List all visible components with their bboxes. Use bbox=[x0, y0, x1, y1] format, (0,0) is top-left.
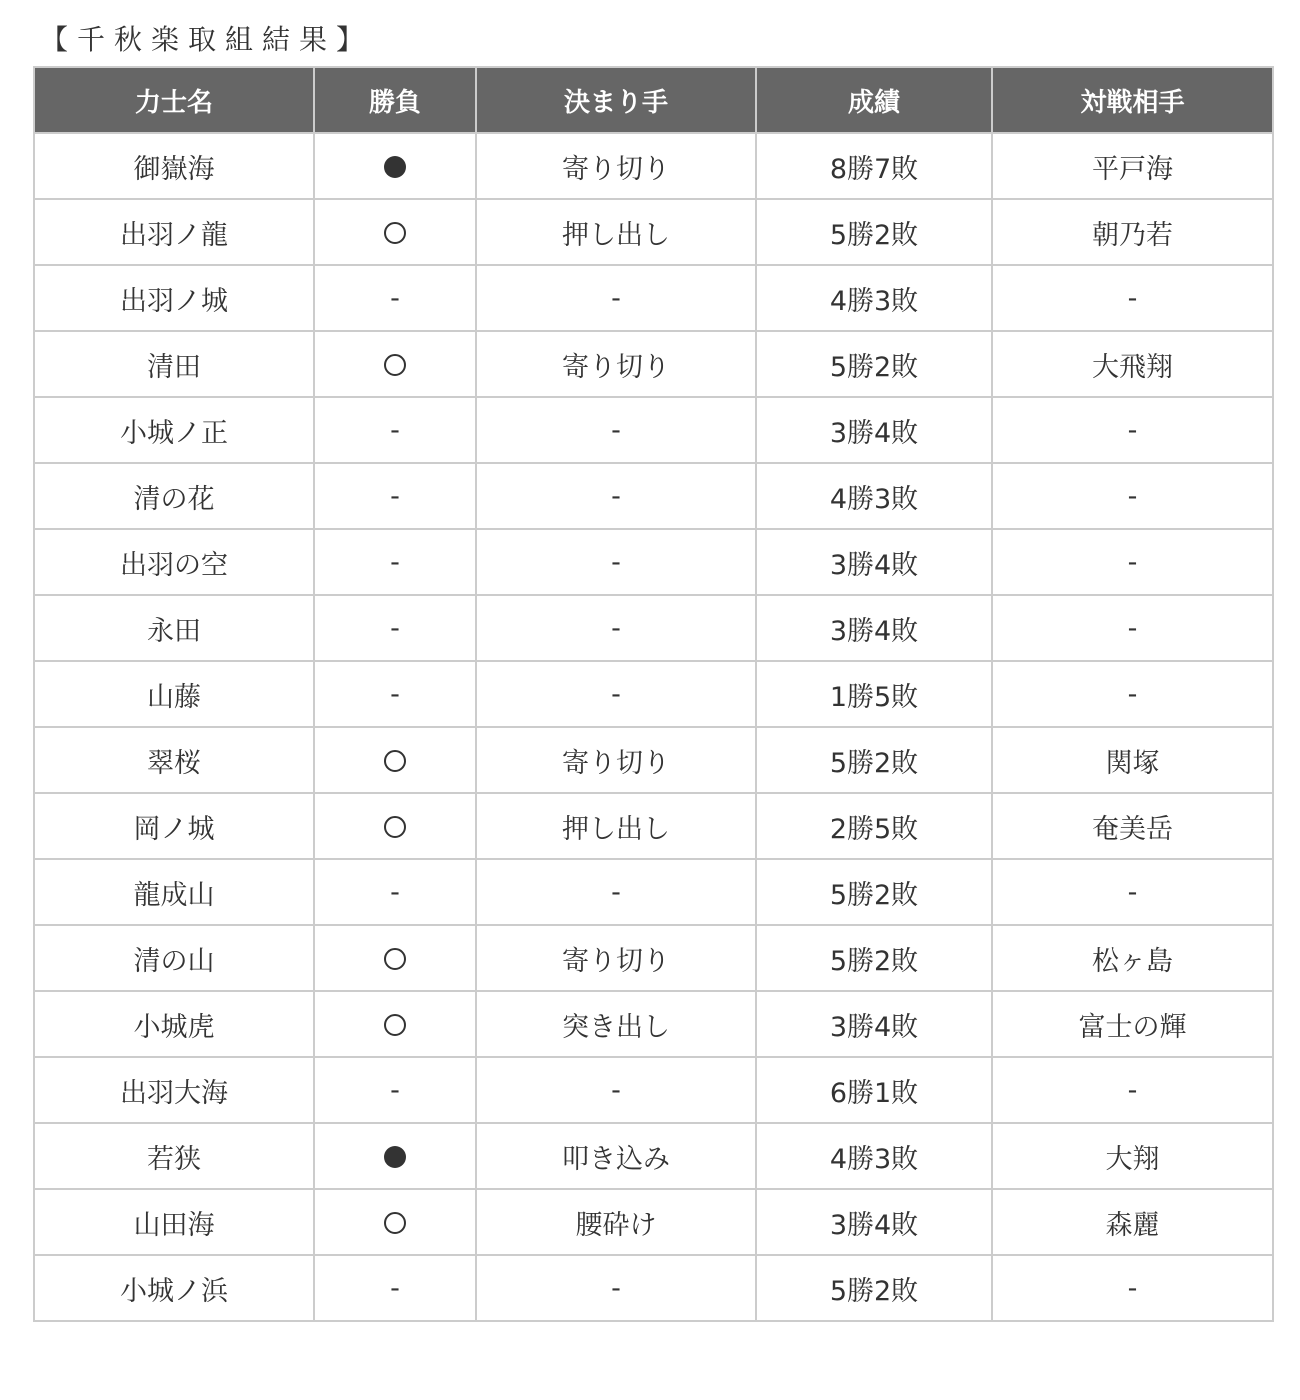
opponent-cell: - bbox=[992, 265, 1273, 331]
opponent-cell: 大飛翔 bbox=[992, 331, 1273, 397]
header-result: 勝負 bbox=[314, 67, 476, 133]
opponent-cell: 奄美岳 bbox=[992, 793, 1273, 859]
table-header-row: 力士名 勝負 決まり手 成績 対戦相手 bbox=[34, 67, 1273, 133]
result-cell bbox=[314, 991, 476, 1057]
kimarite-cell: - bbox=[476, 859, 756, 925]
page-title: 【千秋楽取組結果】 bbox=[40, 20, 373, 60]
result-cell bbox=[314, 727, 476, 793]
result-cell: - bbox=[314, 265, 476, 331]
opponent-cell: - bbox=[992, 661, 1273, 727]
no-bout-mark: - bbox=[390, 613, 400, 644]
record-cell: 3勝4敗 bbox=[756, 397, 992, 463]
result-cell: - bbox=[314, 661, 476, 727]
rikishi-name-cell: 小城ノ浜 bbox=[34, 1255, 314, 1321]
record-cell: 5勝2敗 bbox=[756, 727, 992, 793]
kimarite-cell: 寄り切り bbox=[476, 133, 756, 199]
opponent-cell: 松ヶ島 bbox=[992, 925, 1273, 991]
rikishi-name-cell: 御嶽海 bbox=[34, 133, 314, 199]
table-row: 出羽ノ龍押し出し5勝2敗朝乃若 bbox=[34, 199, 1273, 265]
no-bout-mark: - bbox=[390, 877, 400, 908]
results-table: 力士名 勝負 決まり手 成績 対戦相手 御嶽海寄り切り8勝7敗平戸海出羽ノ龍押し… bbox=[33, 66, 1274, 1322]
header-record: 成績 bbox=[756, 67, 992, 133]
win-mark-icon bbox=[384, 354, 406, 376]
header-rikishi-name: 力士名 bbox=[34, 67, 314, 133]
record-cell: 8勝7敗 bbox=[756, 133, 992, 199]
result-cell bbox=[314, 1189, 476, 1255]
record-cell: 4勝3敗 bbox=[756, 463, 992, 529]
opponent-cell: - bbox=[992, 463, 1273, 529]
win-mark-icon bbox=[384, 816, 406, 838]
record-cell: 3勝4敗 bbox=[756, 1189, 992, 1255]
record-cell: 2勝5敗 bbox=[756, 793, 992, 859]
table-row: 龍成山--5勝2敗- bbox=[34, 859, 1273, 925]
kimarite-cell: - bbox=[476, 463, 756, 529]
table-row: 翠桜寄り切り5勝2敗関塚 bbox=[34, 727, 1273, 793]
record-cell: 3勝4敗 bbox=[756, 595, 992, 661]
rikishi-name-cell: 小城虎 bbox=[34, 991, 314, 1057]
record-cell: 5勝2敗 bbox=[756, 859, 992, 925]
table-row: 出羽の空--3勝4敗- bbox=[34, 529, 1273, 595]
table-row: 若狭叩き込み4勝3敗大翔 bbox=[34, 1123, 1273, 1189]
opponent-cell: - bbox=[992, 397, 1273, 463]
table-row: 出羽ノ城--4勝3敗- bbox=[34, 265, 1273, 331]
opponent-cell: - bbox=[992, 529, 1273, 595]
kimarite-cell: 寄り切り bbox=[476, 925, 756, 991]
loss-mark-icon bbox=[384, 156, 406, 178]
result-cell bbox=[314, 133, 476, 199]
kimarite-cell: 突き出し bbox=[476, 991, 756, 1057]
opponent-cell: - bbox=[992, 1255, 1273, 1321]
table-row: 清の花--4勝3敗- bbox=[34, 463, 1273, 529]
result-cell: - bbox=[314, 397, 476, 463]
table-row: 御嶽海寄り切り8勝7敗平戸海 bbox=[34, 133, 1273, 199]
table-body: 御嶽海寄り切り8勝7敗平戸海出羽ノ龍押し出し5勝2敗朝乃若出羽ノ城--4勝3敗-… bbox=[34, 133, 1273, 1321]
table-row: 岡ノ城押し出し2勝5敗奄美岳 bbox=[34, 793, 1273, 859]
result-cell bbox=[314, 331, 476, 397]
table-row: 清田寄り切り5勝2敗大飛翔 bbox=[34, 331, 1273, 397]
win-mark-icon bbox=[384, 1212, 406, 1234]
result-cell bbox=[314, 925, 476, 991]
no-bout-mark: - bbox=[390, 679, 400, 710]
kimarite-cell: 腰砕け bbox=[476, 1189, 756, 1255]
table-row: 出羽大海--6勝1敗- bbox=[34, 1057, 1273, 1123]
table-row: 清の山寄り切り5勝2敗松ヶ島 bbox=[34, 925, 1273, 991]
table-row: 小城ノ浜--5勝2敗- bbox=[34, 1255, 1273, 1321]
rikishi-name-cell: 小城ノ正 bbox=[34, 397, 314, 463]
result-cell: - bbox=[314, 529, 476, 595]
kimarite-cell: - bbox=[476, 265, 756, 331]
no-bout-mark: - bbox=[390, 547, 400, 578]
table-row: 山藤--1勝5敗- bbox=[34, 661, 1273, 727]
kimarite-cell: 押し出し bbox=[476, 199, 756, 265]
win-mark-icon bbox=[384, 222, 406, 244]
opponent-cell: 朝乃若 bbox=[992, 199, 1273, 265]
table-row: 小城ノ正--3勝4敗- bbox=[34, 397, 1273, 463]
rikishi-name-cell: 出羽大海 bbox=[34, 1057, 314, 1123]
result-cell bbox=[314, 1123, 476, 1189]
kimarite-cell: 叩き込み bbox=[476, 1123, 756, 1189]
result-cell: - bbox=[314, 859, 476, 925]
table-row: 小城虎突き出し3勝4敗富士の輝 bbox=[34, 991, 1273, 1057]
opponent-cell: - bbox=[992, 595, 1273, 661]
kimarite-cell: 押し出し bbox=[476, 793, 756, 859]
rikishi-name-cell: 永田 bbox=[34, 595, 314, 661]
opponent-cell: 平戸海 bbox=[992, 133, 1273, 199]
rikishi-name-cell: 出羽ノ龍 bbox=[34, 199, 314, 265]
header-opponent: 対戦相手 bbox=[992, 67, 1273, 133]
no-bout-mark: - bbox=[390, 1273, 400, 1304]
kimarite-cell: - bbox=[476, 397, 756, 463]
record-cell: 5勝2敗 bbox=[756, 1255, 992, 1321]
opponent-cell: 富士の輝 bbox=[992, 991, 1273, 1057]
result-cell: - bbox=[314, 1255, 476, 1321]
win-mark-icon bbox=[384, 750, 406, 772]
result-cell: - bbox=[314, 1057, 476, 1123]
rikishi-name-cell: 出羽の空 bbox=[34, 529, 314, 595]
rikishi-name-cell: 山藤 bbox=[34, 661, 314, 727]
table-row: 山田海腰砕け3勝4敗森麗 bbox=[34, 1189, 1273, 1255]
kimarite-cell: 寄り切り bbox=[476, 727, 756, 793]
rikishi-name-cell: 龍成山 bbox=[34, 859, 314, 925]
loss-mark-icon bbox=[384, 1146, 406, 1168]
win-mark-icon bbox=[384, 948, 406, 970]
kimarite-cell: - bbox=[476, 661, 756, 727]
opponent-cell: 森麗 bbox=[992, 1189, 1273, 1255]
rikishi-name-cell: 若狭 bbox=[34, 1123, 314, 1189]
kimarite-cell: - bbox=[476, 529, 756, 595]
rikishi-name-cell: 山田海 bbox=[34, 1189, 314, 1255]
opponent-cell: 大翔 bbox=[992, 1123, 1273, 1189]
result-cell bbox=[314, 199, 476, 265]
rikishi-name-cell: 出羽ノ城 bbox=[34, 265, 314, 331]
record-cell: 1勝5敗 bbox=[756, 661, 992, 727]
record-cell: 5勝2敗 bbox=[756, 925, 992, 991]
no-bout-mark: - bbox=[390, 415, 400, 446]
rikishi-name-cell: 岡ノ城 bbox=[34, 793, 314, 859]
rikishi-name-cell: 翠桜 bbox=[34, 727, 314, 793]
result-cell: - bbox=[314, 463, 476, 529]
record-cell: 6勝1敗 bbox=[756, 1057, 992, 1123]
record-cell: 3勝4敗 bbox=[756, 991, 992, 1057]
record-cell: 5勝2敗 bbox=[756, 199, 992, 265]
record-cell: 5勝2敗 bbox=[756, 331, 992, 397]
kimarite-cell: - bbox=[476, 1255, 756, 1321]
opponent-cell: - bbox=[992, 1057, 1273, 1123]
opponent-cell: - bbox=[992, 859, 1273, 925]
rikishi-name-cell: 清田 bbox=[34, 331, 314, 397]
kimarite-cell: 寄り切り bbox=[476, 331, 756, 397]
result-cell bbox=[314, 793, 476, 859]
no-bout-mark: - bbox=[390, 1075, 400, 1106]
record-cell: 4勝3敗 bbox=[756, 265, 992, 331]
record-cell: 4勝3敗 bbox=[756, 1123, 992, 1189]
kimarite-cell: - bbox=[476, 1057, 756, 1123]
win-mark-icon bbox=[384, 1014, 406, 1036]
no-bout-mark: - bbox=[390, 481, 400, 512]
rikishi-name-cell: 清の花 bbox=[34, 463, 314, 529]
header-kimarite: 決まり手 bbox=[476, 67, 756, 133]
result-cell: - bbox=[314, 595, 476, 661]
no-bout-mark: - bbox=[390, 283, 400, 314]
record-cell: 3勝4敗 bbox=[756, 529, 992, 595]
opponent-cell: 関塚 bbox=[992, 727, 1273, 793]
rikishi-name-cell: 清の山 bbox=[34, 925, 314, 991]
table-row: 永田--3勝4敗- bbox=[34, 595, 1273, 661]
kimarite-cell: - bbox=[476, 595, 756, 661]
